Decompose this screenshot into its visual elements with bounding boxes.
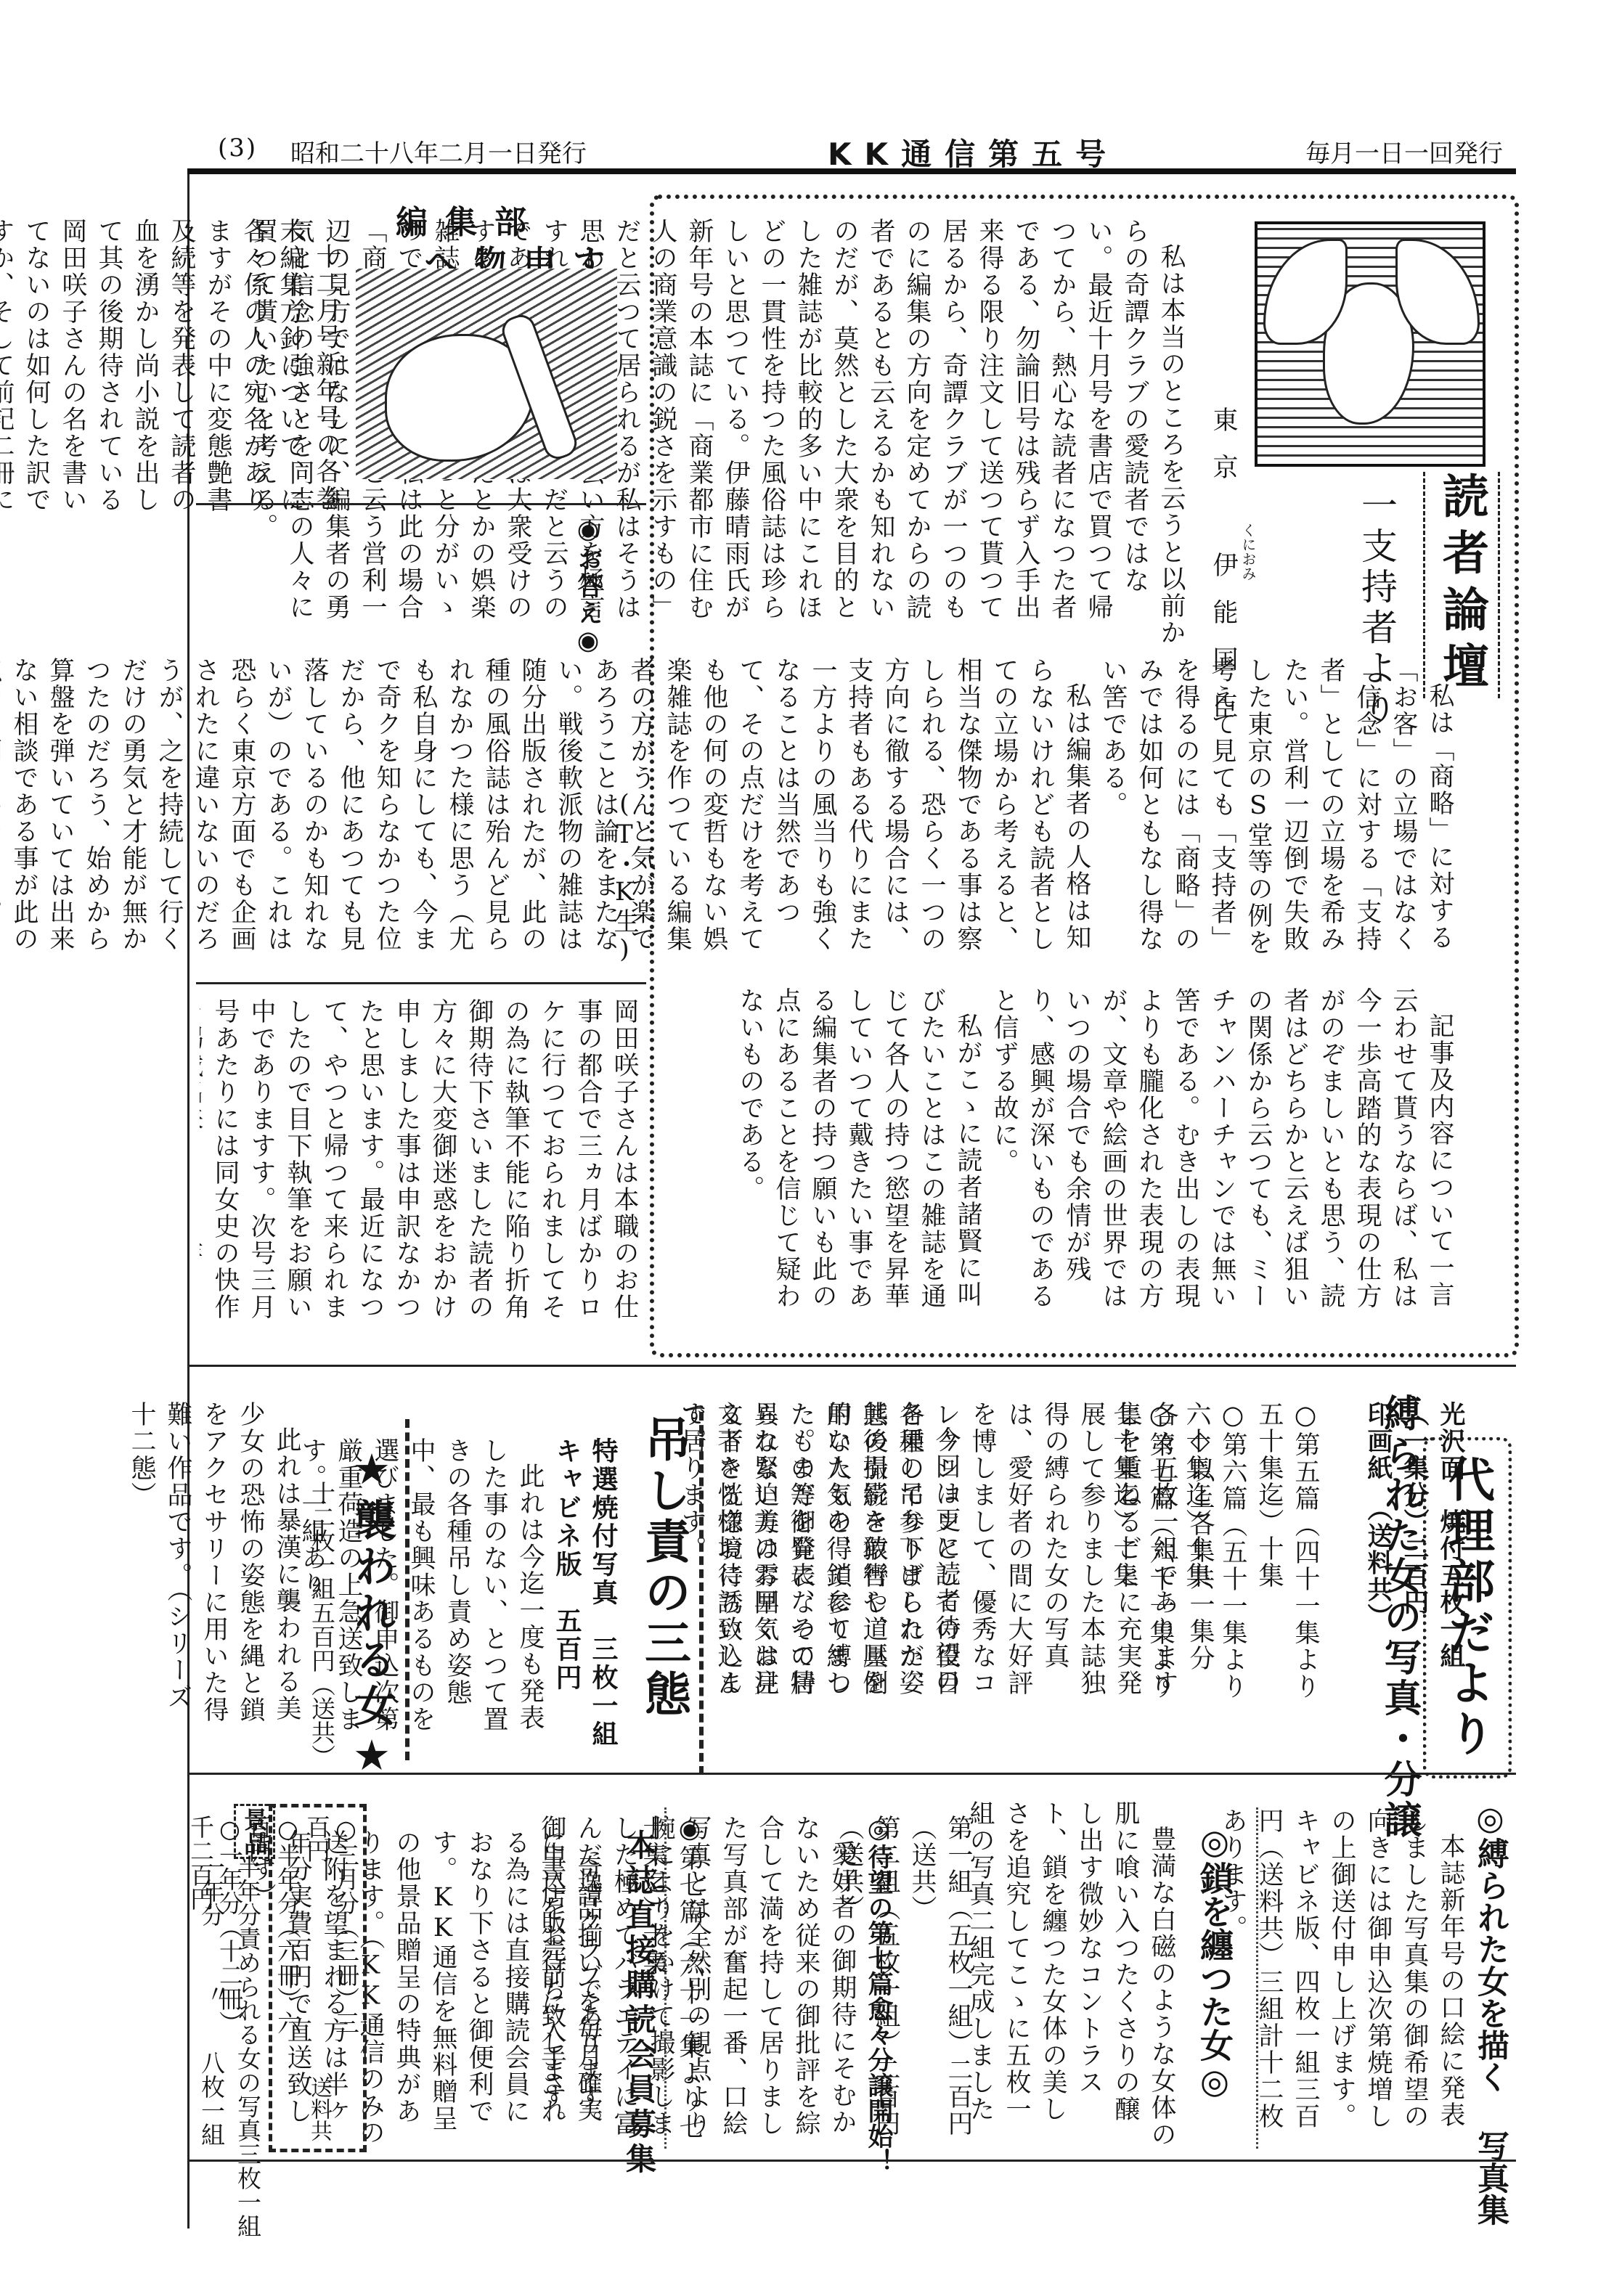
angel-illustration	[1255, 221, 1485, 467]
premium-year: 八枚一組	[195, 2051, 229, 2146]
answer-divider	[196, 982, 646, 984]
premium-half-year: 半年分責められる女の写真三枚一組	[231, 1855, 265, 2238]
premium-year-label: 一年分	[195, 1855, 229, 1927]
rates-shipping: 送料共	[303, 2076, 335, 2141]
forum-paragraph: 記事及内容について一言云わせて貰うならば、私は今一歩高踏的な表現の仕方がのぞまし…	[986, 987, 1458, 1321]
agency-item: ○第五篇（四十一集より五十集迄）十集	[1251, 1401, 1324, 1720]
hanging-set-title: 吊し責の三態	[630, 1415, 697, 1720]
publication-frequency: 毎月一日一回発行	[1305, 134, 1503, 169]
spec-shipping: （送料共）	[1364, 1508, 1393, 1630]
masthead-rule	[187, 168, 1516, 174]
reclining-woman-illustration	[356, 269, 617, 479]
chained-woman-text: 豊満な白磁のような女体の肌に喰い入つたくさりの醸し出す微妙なコントラスト、鎖を纏…	[962, 1800, 1180, 2149]
agency-item-list: ○第五篇（四十一集より五十集迄）十集 ○第六篇（五十一集より六十集迄）十集 ○第…	[1222, 1401, 1324, 1720]
hanging-set-body: 此れは今迄一度も発表した事のない、とつて置きの各種吊し責め姿態中、最も興味あるも…	[417, 1437, 548, 1757]
seventh-volume-announce: ◎待望の第七篇愈々分譲開始！	[860, 1815, 897, 2174]
answer-body: 岡田咲子さんは本職のお仕事の都合で三ヵ月ばかりロケに行つておられましてその為に執…	[200, 998, 643, 1339]
answer-heading: ◉お答え◉	[570, 515, 606, 965]
editorial-body-top: 十二月号新年号の各巻末編集方針について、に各々係の人の宛名がありますがその中に変…	[200, 218, 345, 523]
forum-paragraph: 私は「商略」に対する「お客」の立場ではなく「信念」に対する「支持者」としての立場…	[1095, 657, 1458, 976]
forum-paragraph: 私がこゝに読者諸賢に叫びたいことはこの雑誌を通じて各人の持つ慾望を昇華していつて…	[732, 987, 986, 1321]
newsletter-title: KK通信第五号	[828, 131, 1119, 174]
chained-set-item: 第一組（五枚一組）二百円（送共）	[904, 1815, 977, 2149]
spec-finish: 光沢面	[1436, 1401, 1465, 1482]
editorial-body-lower: (T・K生) ◉お答え◉	[200, 515, 643, 965]
seventh-volume-body: 愛好者の御期待にそむかないため従来の御批評を綜合して満を持して居りました写真部が…	[708, 1815, 860, 2149]
drawing-collection-body: 本誌新年号の口絵に発表しました写真集の御希望の向きには御申込次第焼増しの上御送付…	[1265, 1807, 1469, 2149]
chained-woman-heading: ◎鎖を纏つた女◎	[1191, 1822, 1239, 2101]
chained-woman-sets: 第一組（五枚一組）二百円（送共） 第二組（五枚一組）二百円（送共）	[897, 1815, 977, 2149]
author-location: 東京	[1209, 407, 1238, 501]
spec-paper: 印画紙	[1364, 1401, 1393, 1482]
drawing-collection-divider	[1256, 1807, 1258, 2149]
premium-label: 景品	[234, 1804, 275, 1859]
editorial-divider	[196, 503, 646, 505]
attacked-woman-dashed-divider	[405, 1419, 409, 1760]
hanging-set-line2: キャビネ版 五百円	[548, 1437, 585, 1692]
editorial-paragraph: 十二月号新年号の各巻末編集方針について、に各々係の人の宛名がありますがその中に変…	[0, 218, 345, 523]
masthead: (3) 昭和二十八年二月一日発行 KK通信第五号 毎月一日一回発行	[196, 131, 1503, 164]
hanging-set-dashed-divider	[699, 1412, 704, 1775]
agency-body-2: 今回は更に読者待望の各種の吊り下げられた姿態の撮影を敢行し、壓倒的な人気を得て参…	[768, 1401, 964, 1720]
subscription-rates-box: ○三月分（三冊）三百円 ○半年分（六冊）六百円 ○一年分（十二冊）千二百円 送料…	[269, 1804, 367, 2152]
issue-date: 昭和二十八年二月一日発行	[290, 134, 587, 169]
attacked-woman-price: 十二枚一組五百円（送共）	[305, 1481, 339, 1768]
subscription-heading: 本誌直接購読会員募集	[617, 1829, 661, 2178]
hanging-set-line1: 特選焼付写真 三枚一組	[584, 1437, 621, 1749]
agency-body-text-2: 今回は更に読者待望の各種の吊り下げられた姿態の撮影を敢行し、壓倒的な人気を得て参…	[674, 1401, 964, 1720]
attacked-woman-title: ★襲われる女★	[341, 1445, 402, 1784]
readers-forum-body-middle: 私は「商略」に対する「お客」の立場ではなく「信念」に対する「支持者」としての立場…	[768, 657, 1458, 976]
rate-item: ○三月分（三冊）三百円	[302, 1815, 360, 2054]
seventh-volume-item: ◉第七篇（六十一集より七十集迄）十集	[672, 1815, 708, 2149]
drawing-collection-heading: ◎縛られた女を描く 写真集	[1467, 1800, 1513, 2226]
subscription-body: 奇譚クラブを毎月確実に書店販売前に入手される為には直接購読会員におなり下さると御…	[381, 1829, 606, 2149]
subscription-divider	[664, 1807, 667, 2149]
author-ruby: くにおみ	[1238, 523, 1259, 581]
section-divider-mid	[187, 1365, 1516, 1367]
premium-year-ditto: 〃	[200, 1982, 234, 2006]
page-bottom-rule	[187, 2160, 1516, 2162]
attacked-woman-body: 此れは暴漢に襲われる美少女の恐怖の姿態を縄と鎖をアクセサリーに用いた得難い作品で…	[196, 1401, 305, 1735]
drawing-collection-text: 本誌新年号の口絵に発表しました写真集の御希望の向きには御申込次第焼増しの上御送付…	[1215, 1807, 1469, 2149]
attacked-woman-body-text: 此れは暴漢に襲われる美少女の恐怖の姿態を縄と鎖をアクセサリーに用いた得難い作品で…	[123, 1401, 305, 1735]
readers-forum-body-bottom: 記事及内容について一言云わせて貰うならば、私は今一歩高踏的な表現の仕方がのぞまし…	[768, 987, 1458, 1321]
answer-paragraph: 岡田咲子さんは本職のお仕事の都合で三ヵ月ばかりロケに行つておられましてその為に執…	[200, 998, 643, 1339]
page-number: (3)	[218, 134, 257, 163]
section-divider-lower	[187, 1773, 1516, 1775]
editorial-signature: (T・K生)	[606, 515, 643, 965]
chained-woman-body: 豊満な白磁のような女体の肌に喰い入つたくさりの醸し出す微妙なコントラスト、鎖を纏…	[969, 1800, 1180, 2149]
agency-body: ◇以上各集共一集分各々五枚一組であります集を重ねるごとに充実発展して参りました本…	[964, 1401, 1218, 1720]
readers-forum-body-top: 私は本当のところを云うと以前からの奇譚クラブの愛読者ではない。最近十月号を書店で…	[667, 218, 1189, 646]
